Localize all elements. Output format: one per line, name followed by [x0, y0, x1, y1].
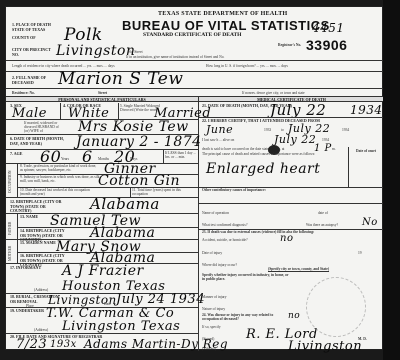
trade-label: 8. Trade, profession, or particular kind… [20, 164, 100, 172]
county-value: Polk [64, 25, 103, 45]
accident-value: no [280, 233, 293, 244]
injury-manner-label: Manner of injury [202, 295, 227, 299]
informant-label: 17. INFORMANT [10, 266, 41, 271]
injury-year-prefix: 19 [358, 251, 362, 255]
city-value: Livingston [56, 43, 135, 59]
autopsy-label: Was there an autopsy? [306, 223, 338, 227]
diagnosis-label: What test confirmed diagnosis? [202, 223, 247, 227]
occupation-side-label: OCCUPATION [8, 171, 12, 193]
mother-maiden-label: 15. MAIDEN NAME [20, 241, 56, 246]
years-label: Years [61, 157, 69, 161]
full-name-label: 2. FULL NAME OF DECEASED [12, 76, 62, 85]
attended-from-year: 1933 [264, 128, 271, 132]
scan-edge [383, 0, 400, 360]
residence-length-label: Length of residence in city where death … [12, 64, 115, 68]
onset-label: Date of onset [352, 149, 380, 153]
physician-address-label: (Address) [202, 347, 216, 351]
cause-value: Enlarged heart [206, 161, 320, 177]
operation-date-label: date of [318, 211, 328, 215]
undertaker-label: 19. UNDERTAKER [10, 309, 44, 314]
cause-label: The principal cause of death and related… [202, 152, 342, 156]
attended-to-label: to [281, 128, 284, 132]
last-worked-label: 10. Date deceased last worked at this oc… [20, 188, 100, 196]
certificate-type: STANDARD CERTIFICATE OF DEATH [143, 32, 241, 38]
physician-address: Livingston [288, 339, 362, 354]
informant-value: A J Frazier [62, 263, 144, 279]
injury-date-label: Date of injury [202, 251, 222, 255]
residence-label: Residence: No. [12, 91, 35, 95]
registrar-number: 33906 [306, 37, 347, 53]
birthplace-value: Alabama [90, 195, 160, 213]
attended-from: June [206, 123, 233, 136]
informant-address-label: (Address) [34, 288, 48, 292]
file-date: 7/23 [16, 337, 47, 352]
personal-section-title: PERSONAL AND STATISTICAL PARTICULARS [6, 96, 198, 102]
birthplace-label: 12. BIRTHPLACE (city or town) (State or … [10, 200, 64, 214]
county-label: COUNTY OF [12, 36, 36, 41]
injury-place-label: Specify whether injury occurred in indus… [202, 273, 292, 281]
operation-label: Name of operation [202, 211, 229, 215]
registrar-number-handwritten: 4451 [312, 21, 345, 35]
injury-where-label: Where did injury occur? [202, 263, 237, 267]
spouse-label: If married, widowed or divorced HUSBAND … [24, 121, 64, 133]
state-dept-title: TEXAS STATE DEPARTMENT OF HEALTH [158, 11, 288, 17]
us-length-label: How long in U. S. if foreign born? ... y… [206, 64, 288, 68]
bureau-title: BUREAU OF VITAL STATISTICS [122, 18, 330, 33]
external-causes-label: 23. If death was due to external causes … [202, 230, 314, 234]
signed-label: (Signed) [202, 337, 214, 341]
undertaker-address-label: (Address) [34, 328, 48, 332]
injury-nature-label: Nature of injury [202, 307, 225, 311]
father-name-label: 13. NAME [20, 215, 38, 220]
accident-label: Accident, suicide, or homicide? [202, 238, 248, 242]
place-of-death-label: 1. PLACE OF DEATH STATE OF TEXAS [12, 23, 62, 32]
city-label: CITY OR PRECINCT NO. [12, 48, 56, 57]
injury-specify-note: (Specify city or town, county, and State… [268, 267, 329, 271]
death-year: 1934 [350, 103, 383, 117]
age-label: 7. AGE [10, 152, 22, 157]
undertaker-address: Livingston Texas [62, 319, 180, 334]
institution-note: If in an institution, give name of insti… [126, 55, 224, 59]
registrar-no-label: Registrar's No. [278, 43, 301, 47]
deceased-name: Marion S Tew [58, 69, 183, 89]
autopsy-value: No [362, 217, 378, 228]
father-side-label: FATHER [8, 222, 12, 235]
attended-to-year: 1934 [342, 128, 349, 132]
registrar-stamp [306, 277, 366, 337]
occupation-related-value: no [288, 311, 300, 321]
file-year: 193x [50, 339, 77, 350]
last-saw-label: I last saw h ... alive on [202, 138, 234, 142]
other-causes-label: Other contributory causes of importance: [202, 188, 266, 192]
dob-label: 6. DATE OF BIRTH (month, day, and year) [10, 137, 70, 146]
last-saw-year: 1934 [322, 138, 329, 142]
spouse-value: Mrs Kosie Tew [78, 119, 189, 135]
industry-label: 9. Industry or business in which work wa… [20, 175, 100, 183]
occupation-related-label: 24. Was disease or injury in any way rel… [202, 313, 282, 321]
last-saw-date: July 22 [274, 133, 316, 146]
residence-street-label: Street [98, 91, 107, 95]
mother-side-label: MOTHER [8, 246, 12, 261]
under-day-label: If LESS than 1 day ... hrs. or ... min. [165, 151, 197, 159]
if-so-label: If so, specify [202, 325, 221, 329]
death-certificate: TEXAS STATE DEPARTMENT OF HEALTH BUREAU … [5, 6, 383, 350]
time-suffix: m. [332, 147, 336, 151]
street-label: No. Street [128, 50, 143, 54]
nonresidence-note: If nonres. dence give city, or town and … [242, 91, 305, 95]
burial-date: July 24 1934 [116, 292, 205, 307]
dob-value: January 2 - 1874 [76, 134, 202, 150]
